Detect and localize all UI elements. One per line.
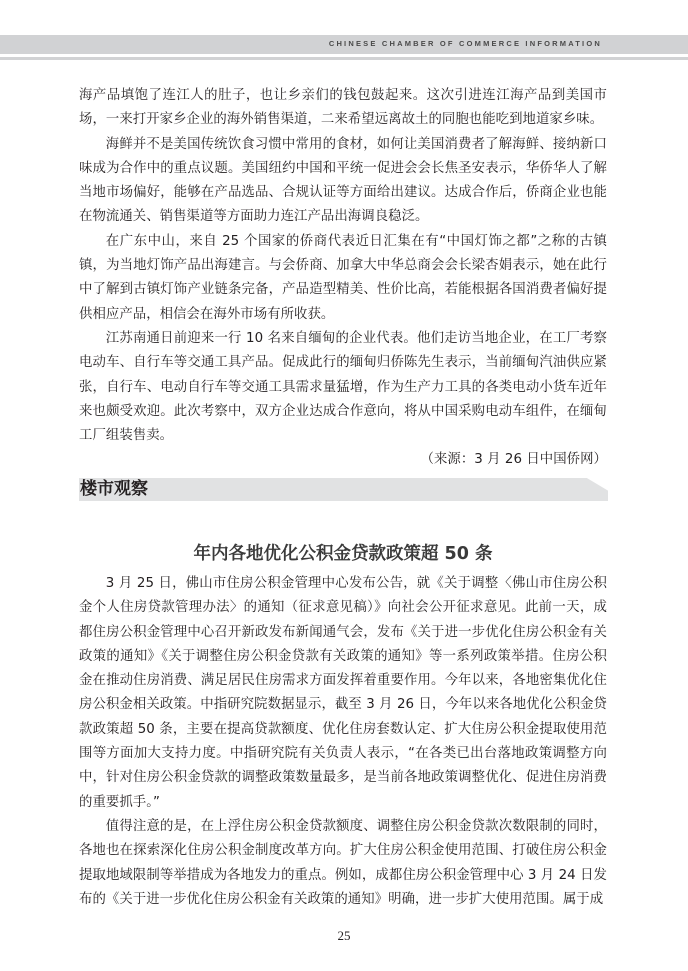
section-bar: [79, 478, 608, 501]
article-title: 年内各地优化公积金贷款政策超 50 条: [79, 540, 607, 565]
source-citation: （来源：3 月 26 日中国侨网）: [79, 448, 607, 472]
running-header: CHINESE CHAMBER OF COMMERCE INFORMATION: [329, 39, 602, 48]
paragraph: 值得注意的是，在上浮住房公积金贷款额度、调整住房公积金贷款次数限制的同时，各地也…: [79, 815, 607, 912]
paragraph: 在广东中山，来自 25 个国家的侨商代表近日汇集在有“中国灯饰之都”之称的古镇镇…: [79, 230, 607, 327]
paragraph: 海鲜并不是美国传统饮食习惯中常用的食材，如何让美国消费者了解海鲜、接纳新口味成为…: [79, 133, 607, 230]
paragraph: 江苏南通日前迎来一行 10 名来自缅甸的企业代表。他们走访当地企业，在工厂考察电…: [79, 327, 607, 448]
previous-article-body: 海产品填饱了连江人的肚子，也让乡亲们的钱包鼓起来。这次引进连江海产品到美国市场，…: [79, 84, 607, 473]
paragraph: 海产品填饱了连江人的肚子，也让乡亲们的钱包鼓起来。这次引进连江海产品到美国市场，…: [79, 84, 607, 133]
page-number: 25: [0, 928, 688, 944]
paragraph: 3 月 25 日，佛山市住房公积金管理中心发布公告，就《关于调整〈佛山市住房公积…: [79, 572, 607, 815]
header-rule: [0, 57, 688, 60]
article-body: 3 月 25 日，佛山市住房公积金管理中心发布公告，就《关于调整〈佛山市住房公积…: [79, 572, 607, 912]
section-title: 楼市观察: [80, 478, 148, 501]
